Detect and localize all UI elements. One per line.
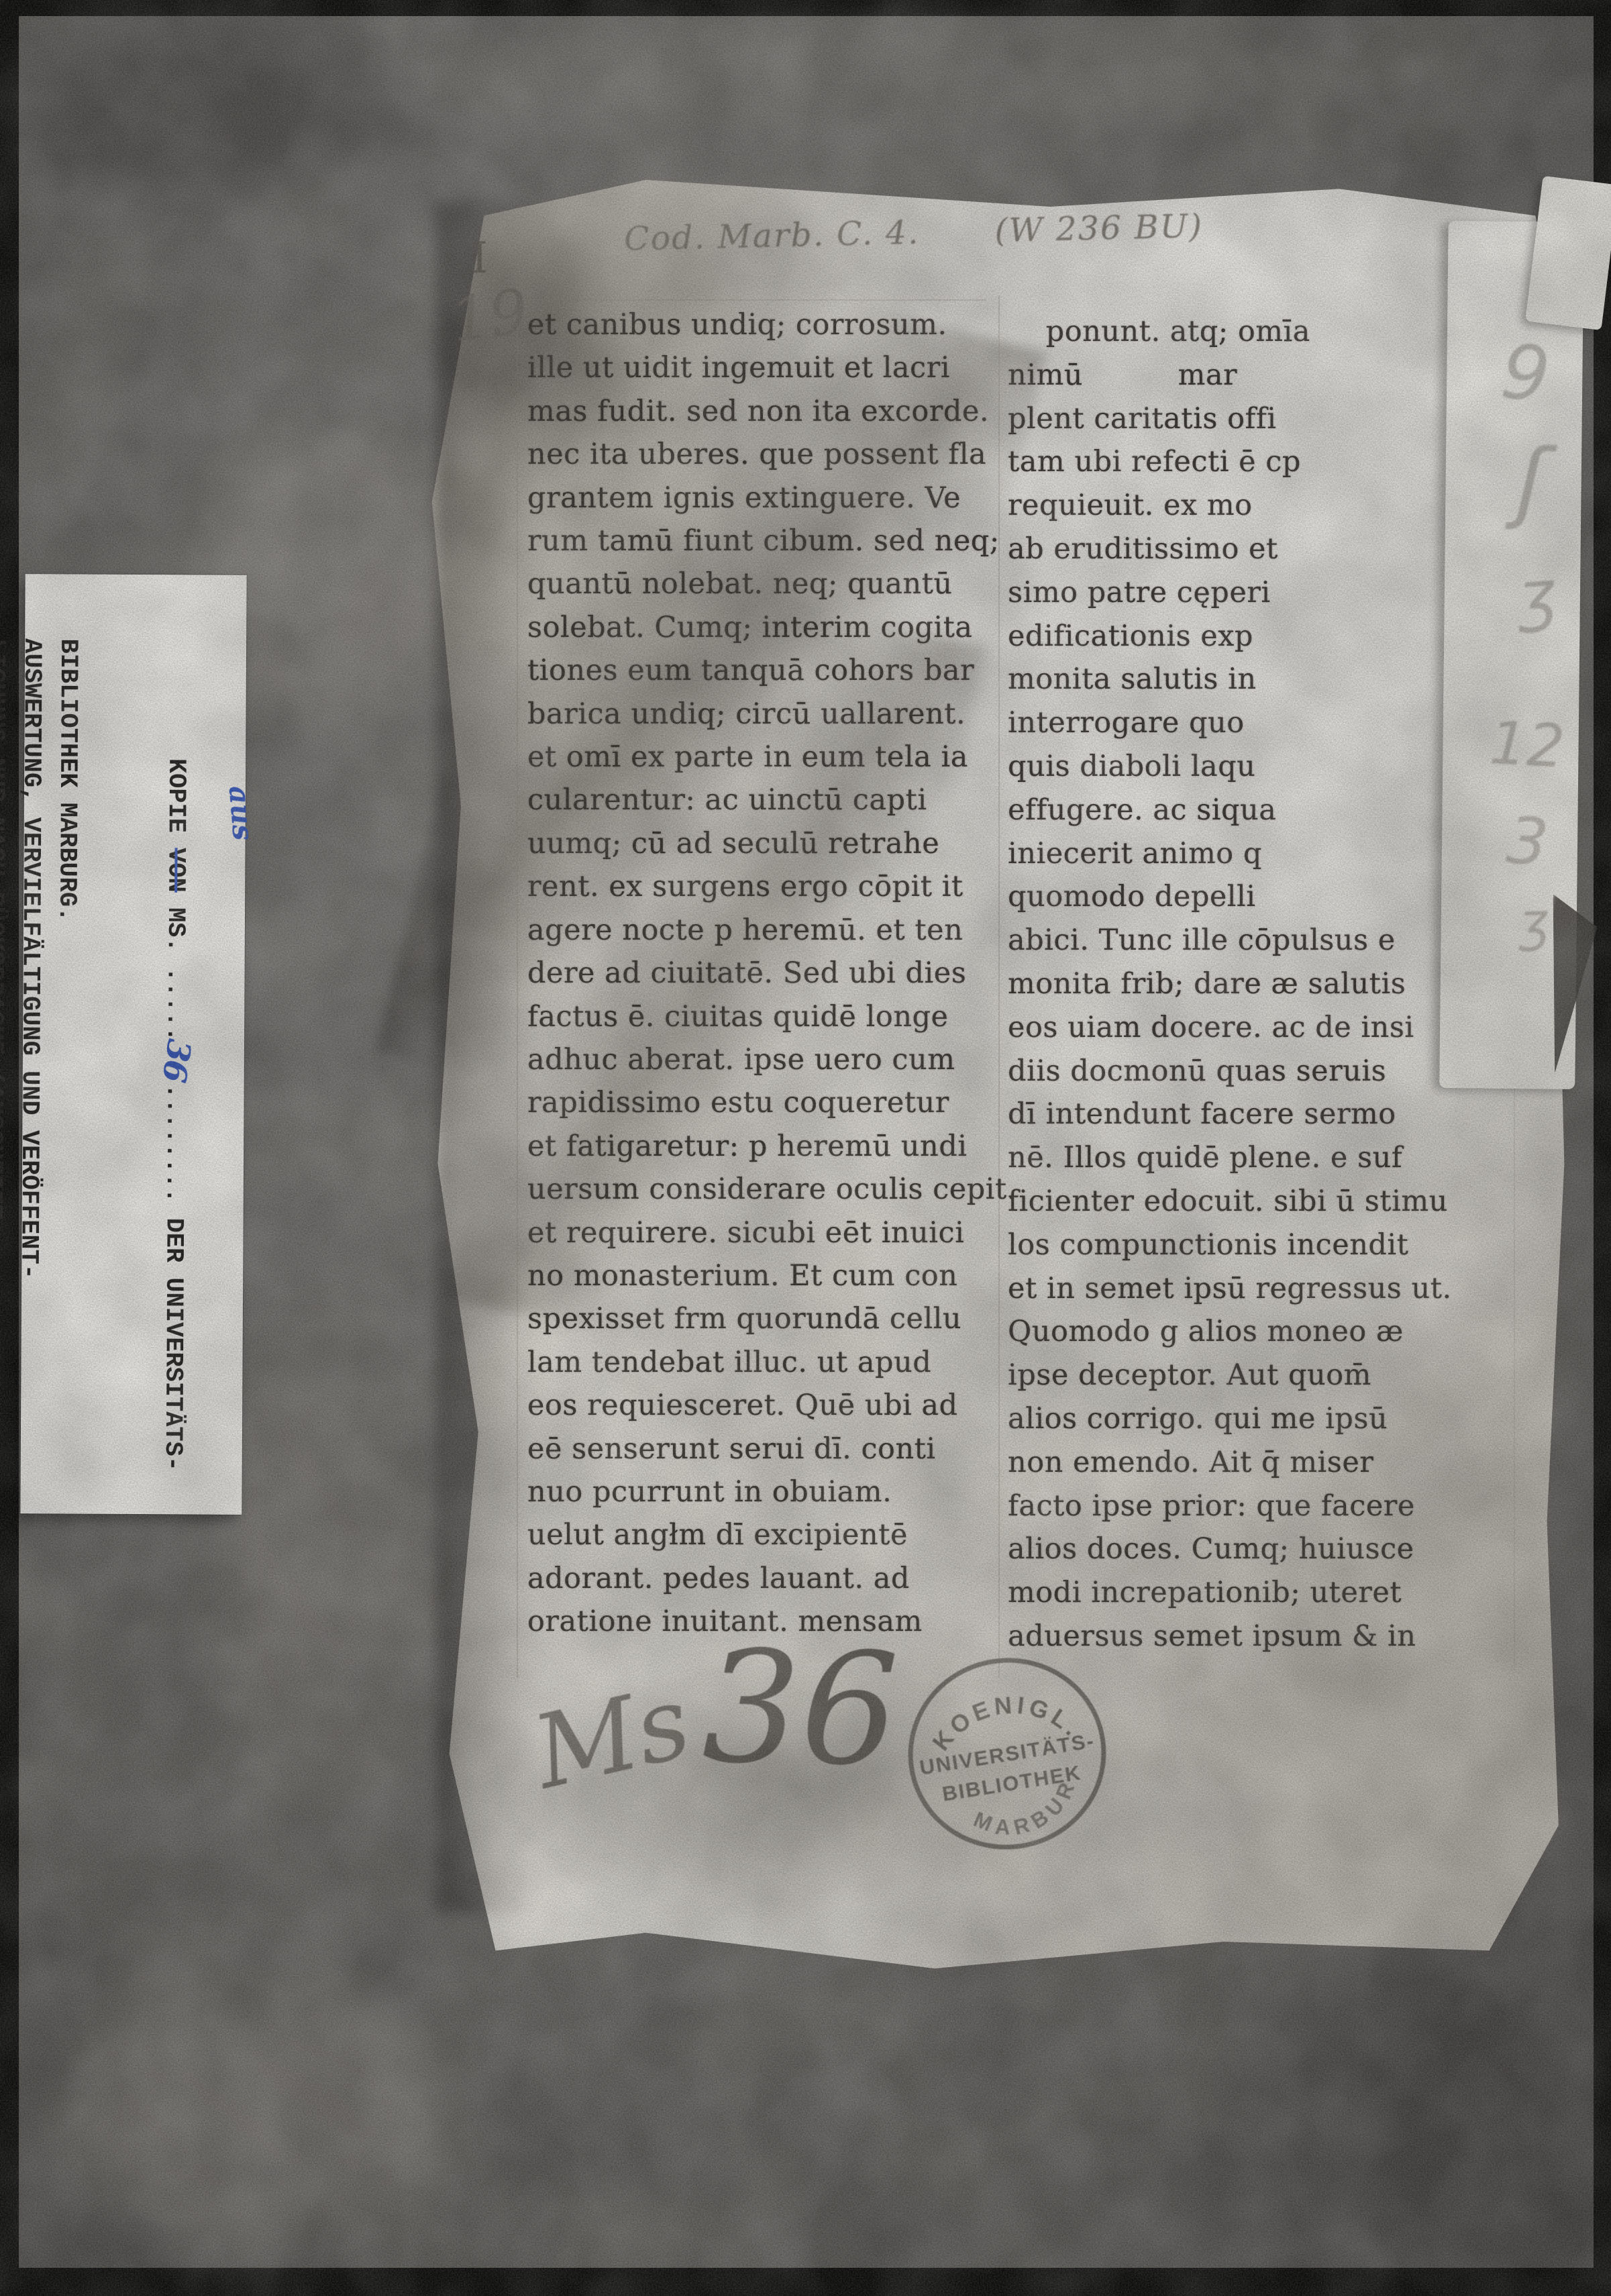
copyright-label: KOPIE VON MS. .....36........ DER UNIVER… — [20, 574, 246, 1515]
manuscript-text-line: non emendo. Ait q̄ miser — [1008, 1441, 1524, 1485]
label-line1-struck-word: VON — [161, 848, 189, 893]
manuscript-text-line: nē. Illos quidē plene. e suf — [1008, 1136, 1524, 1180]
label-line1-end: DER UNIVERSITÄTS- — [158, 1203, 188, 1471]
manuscript-text-line: dere ad ciuitatē. Sed ubi dies — [527, 952, 997, 995]
copyright-label-text: KOPIE VON MS. .....36........ DER UNIVER… — [20, 574, 246, 1515]
manuscript-text-line: Quomodo g alios moneo æ — [1008, 1310, 1524, 1354]
manuscript-text-line: uumq; cū ad seculū retrahe — [527, 822, 997, 865]
manuscript-text-line: dī intendunt facere sermo — [1008, 1093, 1524, 1136]
label-line-2: BIBLIOTHEK MARBURG. — [45, 638, 86, 1513]
shelfmark-header-parenthetical: (W 236 BU) — [994, 207, 1204, 250]
manuscript-text-line: mas fudit. sed non ita excorde. — [527, 390, 997, 433]
manuscript-text-line: los compunctionis incendit — [1008, 1224, 1524, 1267]
manuscript-text-line: solebat. Cumq; interim cogita — [527, 606, 997, 649]
shelfmark-prefix: Ms — [523, 1663, 700, 1811]
manuscript-text-line: factus ē. ciuitas quidē longe — [527, 995, 997, 1038]
manuscript-text-line: ipse deceptor. Aut quom̄ — [1008, 1354, 1524, 1397]
folio-number-mark: 19 — [446, 276, 532, 356]
handwritten-number-blue: 36 — [156, 1036, 197, 1083]
manuscript-text-line: alios corrigo. qui me ipsū — [1008, 1397, 1524, 1441]
folio-roman-numeral: I — [471, 234, 488, 283]
shelfmark-header-code: Cod. Marb. C. 4. — [623, 213, 920, 258]
manuscript-text-line: adorant. pedes lauant. ad — [527, 1557, 997, 1600]
manuscript-text-line: rent. ex surgens ergo cōpit it — [527, 865, 997, 908]
library-stamp: KOENIGL. UNIVERSITÄTS- BIBLIOTHEK MARBUR… — [888, 1637, 1126, 1870]
manuscript-text-line: nec ita uberes. que possent fla — [527, 433, 997, 476]
manuscript-text-line: et in semet ipsū regressus ut. — [1008, 1267, 1524, 1311]
manuscript-text-line: adhuc aberat. ipse uero cum — [527, 1038, 997, 1081]
manuscript-text-line: facto ipse prior: que facere — [1008, 1485, 1524, 1528]
handwritten-correction-blue: aus — [221, 785, 261, 842]
shelfmark-inscription: Ms 36 — [529, 1615, 903, 1813]
manuscript-text-line: eē senserunt serui dī. conti — [527, 1428, 997, 1470]
photograph-of-manuscript: Cod. Marb. C. 4. (W 236 BU) I 19 et cani… — [0, 0, 1611, 2296]
manuscript-text-line: ille ut uidit ingemuit et lacri — [527, 346, 997, 389]
label-line-3: AUSWERTUNG, VERVIELFÄLTIGUNG UND VERÖFFE… — [9, 638, 50, 1513]
manuscript-text-line: rum tamū fiunt cibum. sed neq; — [527, 519, 997, 562]
manuscript-text-line: et omī ex parte in eum tela ia — [527, 736, 997, 779]
manuscript-text-line: modi increpationib; uteret — [1008, 1571, 1524, 1615]
manuscript-text-line: uersum considerare oculis cepit. — [527, 1168, 997, 1211]
manuscript-left-column: et canibus undiq; corrosum.ille ut uidit… — [527, 303, 997, 1644]
manuscript-text-line: et canibus undiq; corrosum. — [527, 303, 997, 346]
manuscript-text-line: barica undiq; circū uallarent. — [527, 693, 997, 736]
manuscript-text-line: uelut angłm dī excipientē — [527, 1513, 997, 1556]
manuscript-text-line: et requirere. sicubi eēt inuici — [527, 1211, 997, 1254]
manuscript-text-line: eos requiesceret. Quē ubi ad — [527, 1384, 997, 1427]
shelfmark-number: 36 — [700, 1618, 900, 1801]
manuscript-text-line: lam tendebat illuc. ut apud — [527, 1341, 997, 1384]
manuscript-text-line: ficienter edocuit. sibi ū stimu — [1008, 1180, 1524, 1224]
manuscript-text-line: nuo pcurrunt in obuiam. — [527, 1470, 997, 1513]
label-line-1: KOPIE VON MS. .....36........ DER UNIVER… — [81, 639, 236, 1515]
manuscript-text-line: tiones eum tanquā cohors bar — [527, 649, 997, 692]
manuscript-text-line: cularentur: ac uinctū capti — [527, 779, 997, 821]
manuscript-text-line: grantem ignis extinguere. Ve — [527, 477, 997, 519]
manuscript-text-line: no monasterium. Et cum con — [527, 1254, 997, 1297]
manuscript-text-line: et fatigaretur: p heremū undi — [527, 1125, 997, 1168]
manuscript-text-line: quantū nolebat. neq; quantū — [527, 562, 997, 605]
manuscript-text-line: agere nocte p heremū. et ten — [527, 909, 997, 952]
manuscript-text-line: spexisset frm quorundā cellu — [527, 1297, 997, 1340]
label-line1-mid: MS. ..... — [160, 893, 189, 1042]
manuscript-text-line: alios doces. Cumq; huiusce — [1008, 1528, 1524, 1571]
label-line1-prefix: KOPIE — [162, 758, 191, 848]
label-line1-dots: ........ — [160, 1084, 189, 1203]
manuscript-text-line: rapidissimo estu coqueretur — [527, 1081, 997, 1124]
